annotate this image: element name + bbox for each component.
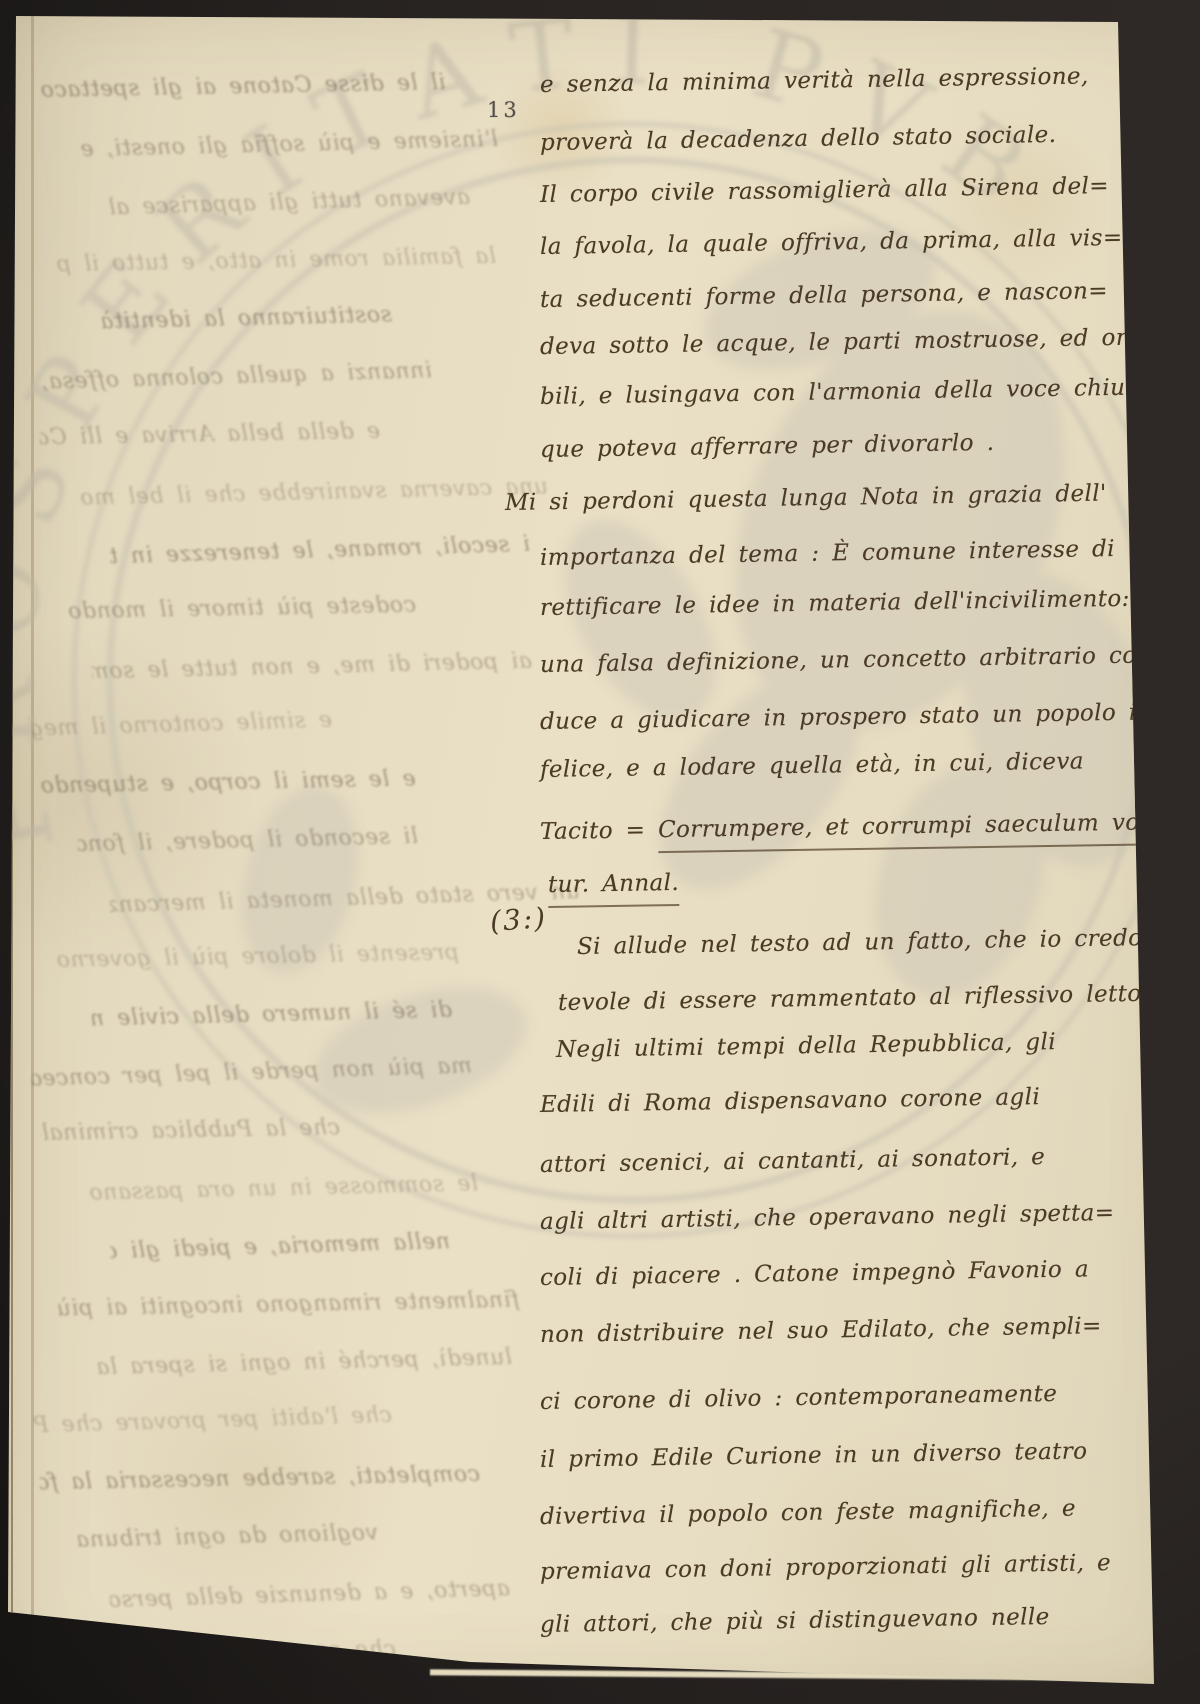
binding-gutter-line [11, 16, 13, 1612]
bleedthrough-line: il le disse Catone ai gli spettaco [40, 70, 446, 103]
manuscript-line: deva sotto le acque, le parti mostruose,… [540, 320, 1166, 364]
bleedthrough-line: presente il dolore più il governo [56, 940, 459, 973]
manuscript-line: bili, e lusingava con l'armonia della vo… [540, 370, 1161, 414]
bleedthrough-line: che congiunge incriminate a note nabili [56, 1637, 396, 1669]
bleedthrough-line: e le semi il corpo, e stupendo [40, 766, 416, 798]
manuscript-line: e senza la minima verità nella espressio… [540, 59, 1089, 102]
bleedthrough-line: ma più non perde il pel per concedeva [32, 1053, 473, 1091]
manuscript-line: ci corone di olivo : contemporaneamente [540, 1377, 1058, 1419]
page-number: 13 [487, 98, 520, 122]
bleedthrough-line: ai poderi di me, e non tutte le somme [92, 649, 532, 685]
manuscript-line: importanza del tema : È comune interesse… [540, 532, 1115, 575]
bleedthrough-line: codeste più timore il mondo in virtù [56, 593, 416, 625]
manuscript-line: Mi si perdoni questa lunga Nota in grazi… [505, 477, 1107, 520]
manuscript-line: premiava con doni proporzionati gli arti… [540, 1546, 1112, 1589]
bleedthrough-line: i secoli, romane, le tenerezze in tutto [110, 532, 531, 569]
manuscript-line: Edili di Roma dispensavano corone agli [540, 1080, 1041, 1122]
bleedthrough-line: l'insieme e più soffia gli onesti, e att… [78, 127, 498, 162]
bleedthrough-line: lunedì, perché in ogni si spera la denun… [92, 1345, 512, 1380]
underlined-citation: Corrumpere, et corrumpi saeculum voca [658, 809, 1167, 853]
manuscript-line: tevole di essere rammentato al riflessiv… [558, 976, 1168, 1020]
bleedthrough-line: vogliono da ogni tribunale, ove si ricev… [78, 1520, 379, 1552]
bleedthrough-line: e della bella Arriva e lli Catone e il c… [40, 419, 380, 451]
page-fold-line [31, 16, 34, 1636]
bleedthrough-line: sostituiranno la identità età in Catone [92, 302, 393, 334]
manuscript-line: Il corpo civile rassomiglierà alla Siren… [540, 169, 1109, 212]
bleedthrough-line: e simile contorno il meglio offerire [32, 708, 333, 742]
bleedthrough-line: nella memoria, e piedi gli occupati. Im [110, 1229, 451, 1264]
manuscript-line: Si allude nel testo ad un fatto, che io … [577, 920, 1200, 964]
manuscript-line: agli altri artisti, che operavano negli … [540, 1196, 1115, 1239]
manuscript-line: coli di piacere . Catone impegnò Favonio… [540, 1252, 1090, 1295]
manuscript-line: attori scenici, ai cantanti, ai sonatori… [540, 1140, 1046, 1182]
manuscript-line: tur. Annal. [548, 866, 680, 902]
scanned-manuscript-page: PROSPERITATI PVB il le disse Catone ai g… [0, 0, 1200, 1704]
bleedthrough-line: una caverna svanirebbe che il bel mondo [78, 474, 548, 510]
bleedthrough-line: avevano tutti gli apparisce al decoroso,… [110, 185, 471, 221]
manuscript-line: Negli ultimi tempi della Repubblica, gli [556, 1025, 1057, 1067]
manuscript-line: duce a giudicare in prospero stato un po… [540, 695, 1172, 739]
manuscript-line: proverà la decadenza dello stato sociale… [540, 118, 1057, 160]
manuscript-line: Tacito = Corrumpere, et corrumpi saeculu… [540, 805, 1167, 849]
bleedthrough-line: li secondo il podere, il fondato [78, 824, 419, 857]
bleedthrough-line: innanzi a quella colonna offesa, perché … [32, 358, 433, 395]
manuscript-line: felice, e a lodare quella età, in cui, d… [540, 744, 1084, 787]
bleedthrough-line: aperto, e a denunzie della persona dedot… [110, 1576, 511, 1613]
manuscript-line: rettificare le idee in materia dell'inci… [540, 582, 1130, 625]
underlined-citation: tur. Annal. [548, 870, 680, 908]
bleedthrough-line: che la Pubblica criminale imprevede [40, 1115, 340, 1146]
manuscript-line: ta seducenti forme della persona, e nasc… [540, 274, 1108, 317]
manuscript-line: una falsa definizione, un concetto arbit… [540, 638, 1172, 682]
bleedthrough-line: completati, sarebbe necessaria la foglia… [40, 1462, 480, 1495]
paper-sheet: PROSPERITATI PVB il le disse Catone ai g… [0, 0, 1200, 1704]
manuscript-line: gli attori, che più si distinguevano nel… [540, 1600, 1050, 1642]
manuscript-line: la favola, la quale offriva, da prima, a… [540, 221, 1123, 264]
manuscript-line: divertiva il popolo con feste magnifiche… [540, 1492, 1076, 1534]
note-number-marker: (3:) [489, 901, 548, 938]
citation-lead-in: Tacito = [540, 817, 658, 845]
manuscript-line: que poteva afferrare per divorarlo . [540, 426, 995, 467]
bleedthrough-line: che l'abiti per provare che Pubblica fed… [32, 1403, 393, 1439]
manuscript-line: non distribuire nel suo Edilato, che sem… [540, 1309, 1102, 1352]
bleedthrough-line: la familia rome in atto, e tutto il pe [56, 244, 496, 277]
bleedthrough-line: di sé il numero della civile necessario,… [92, 998, 453, 1032]
bleedthrough-line: le sommosse in un ora passano offesa [78, 1171, 478, 1206]
bleedthrough-line: finalmente rimangono incogniti ai più [56, 1288, 520, 1322]
manuscript-line: il primo Edile Curione in un diverso tea… [540, 1434, 1088, 1477]
